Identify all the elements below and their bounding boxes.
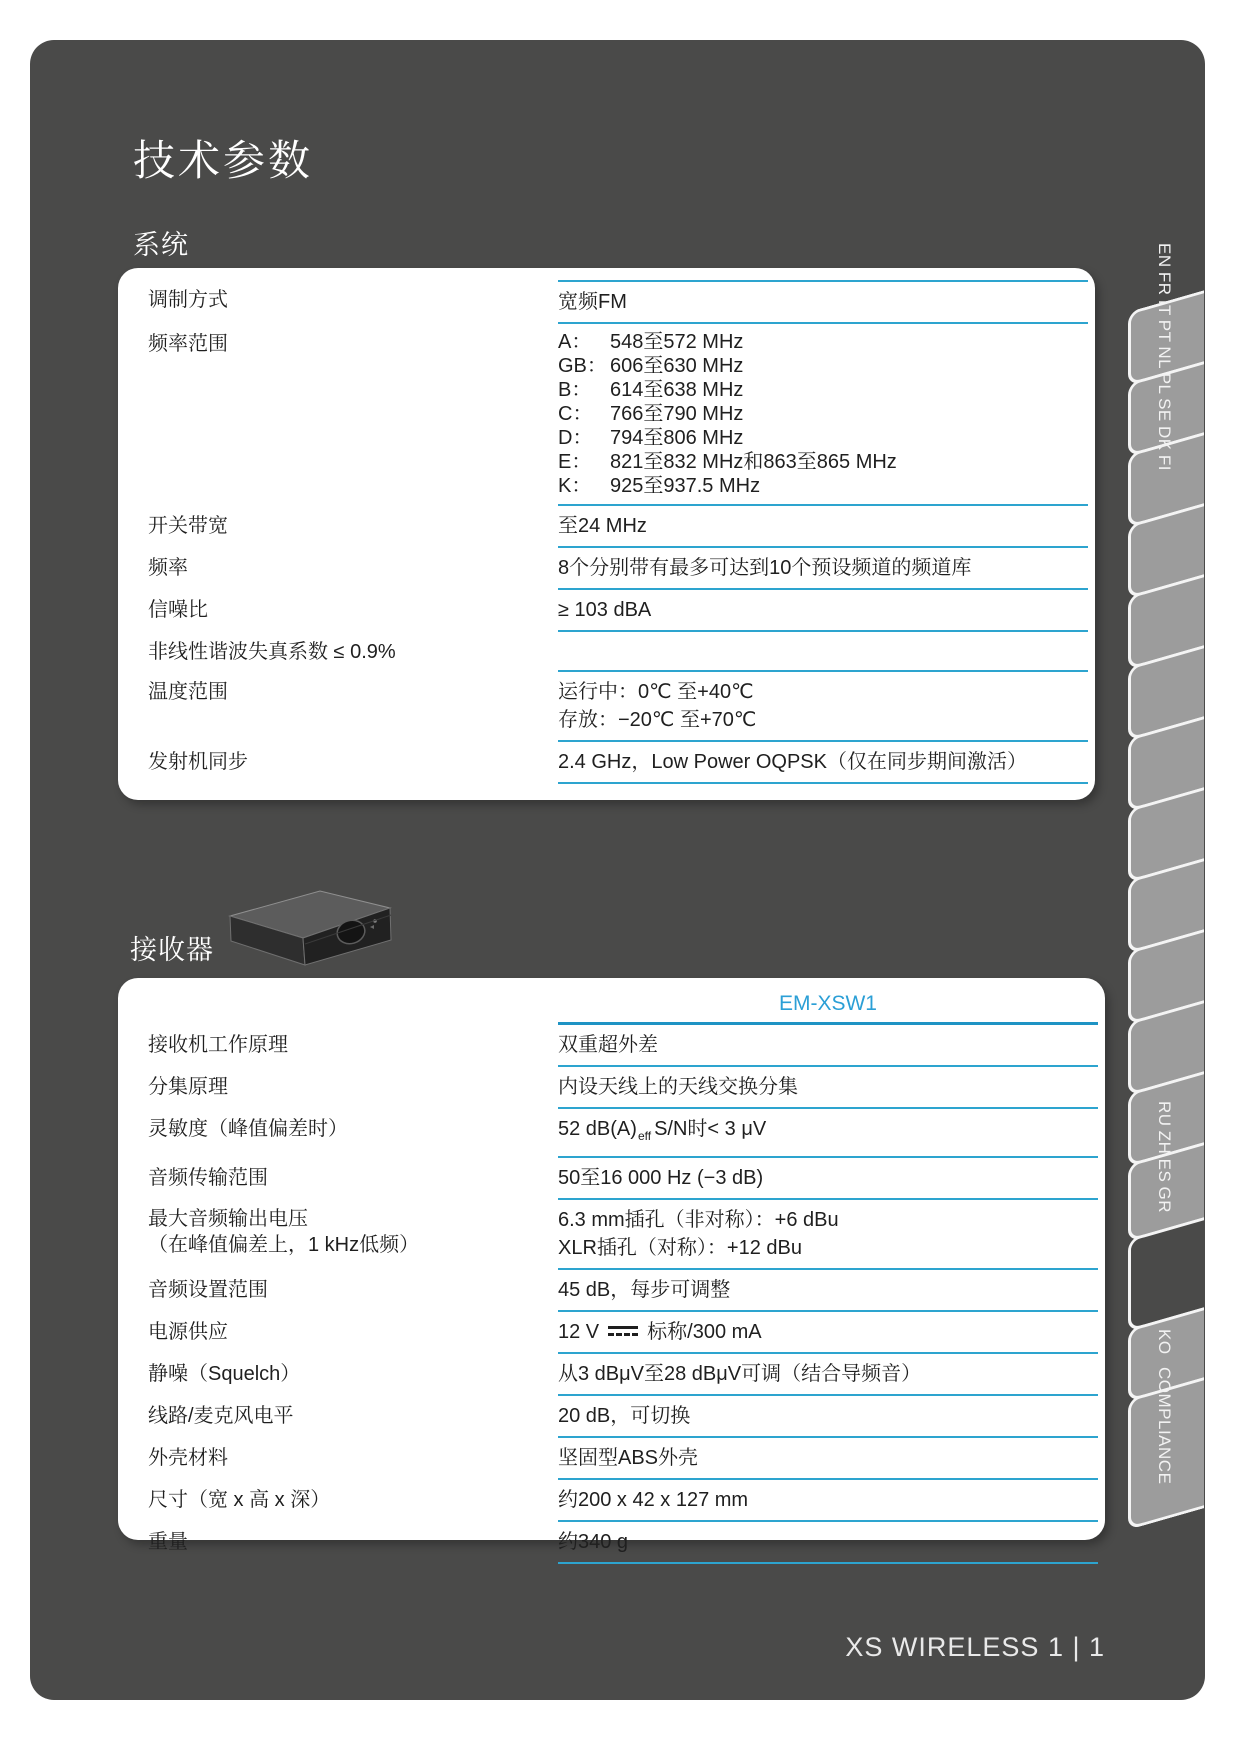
system-spec-table: 调制方式 宽频FM 频率范围 A： 548至572 MHz GB： 606至63… — [118, 268, 1095, 800]
spec-row-switching-bandwidth: 开关带宽 至24 MHz — [148, 506, 1088, 548]
value-line: 8个分别带有最多可达到10个预设频道的频道库 — [558, 554, 1088, 582]
spec-row-af-range: 音频传输范围 50至16 000 Hz (−3 dB) — [148, 1158, 1098, 1200]
spec-value — [558, 632, 1088, 672]
system-section-heading: 系统 — [133, 223, 189, 262]
spec-value: 宽频FM — [558, 280, 1088, 324]
spec-label: 音频设置范围 — [148, 1270, 558, 1312]
spec-value: 双重超外差 — [558, 1025, 1098, 1067]
spec-label: 尺寸（宽 x 高 x 深） — [148, 1480, 558, 1522]
frequency-range-line: A： 548至572 MHz — [558, 330, 1088, 354]
spec-label: 信噪比 — [148, 590, 558, 632]
spec-value: 从3 dBμV至28 dBμV可调（结合导频音） — [558, 1354, 1098, 1396]
page-canvas: 技术参数 系统 调制方式 宽频FM 频率范围 A： 548至572 MHz GB… — [0, 0, 1241, 1754]
footer-page-label: XS WIRELESS 1 | 1 — [845, 1632, 1105, 1663]
dc-symbol-icon — [608, 1326, 638, 1336]
band-range: 794至806 MHz — [610, 426, 743, 450]
power-prefix: 12 V — [558, 1321, 599, 1343]
band-code: GB： — [558, 354, 610, 378]
value-line: ≥ 103 dBA — [558, 596, 1088, 624]
spec-label: 电源供应 — [148, 1312, 558, 1354]
value-line: 2.4 GHz，Low Power OQPSK（仅在同步期间激活） — [558, 748, 1088, 776]
band-code: A： — [558, 330, 610, 354]
band-range: 606至630 MHz — [610, 354, 743, 378]
spec-value: 8个分别带有最多可达到10个预设频道的频道库 — [558, 548, 1088, 590]
spec-label: 灵敏度（峰值偏差时） — [148, 1109, 558, 1158]
frequency-range-line: D： 794至806 MHz — [558, 426, 1088, 450]
spec-row-temperature: 温度范围 运行中：0℃ 至+40℃存放：−20℃ 至+70℃ — [148, 672, 1088, 742]
model-header-row: EM-XSW1 — [148, 984, 1098, 1025]
spec-row-sensitivity: 灵敏度（峰值偏差时） 52 dB(A)effS/N时< 3 μV — [148, 1109, 1098, 1158]
value-line: 内设天线上的天线交换分集 — [558, 1073, 1098, 1101]
value-line: 双重超外差 — [558, 1031, 1098, 1059]
spec-value: 至24 MHz — [558, 506, 1088, 548]
value-line: 50至16 000 Hz (−3 dB) — [558, 1164, 1098, 1192]
spec-label: 最大音频输出电压 （在峰值偏差上，1 kHz低频） — [148, 1200, 558, 1270]
spec-label-line: （在峰值偏差上，1 kHz低频） — [148, 1232, 548, 1258]
band-code: D： — [558, 426, 610, 450]
spec-row-line-mic-level: 线路/麦克风电平 20 dB，可切换 — [148, 1396, 1098, 1438]
receiver-section-heading: 接收器 — [130, 928, 214, 967]
value-line: 约200 x 42 x 127 mm — [558, 1486, 1098, 1514]
tab-label-compliance: COMPLIANCE — [1148, 1370, 1180, 1482]
spec-value: 6.3 mm插孔（非对称）：+6 dBuXLR插孔（对称）：+12 dBu — [558, 1200, 1098, 1270]
spec-label-empty — [148, 984, 558, 1025]
frequency-range-line: K： 925至937.5 MHz — [558, 474, 1088, 498]
spec-label: 静噪（Squelch） — [148, 1354, 558, 1396]
spec-label: 外壳材料 — [148, 1438, 558, 1480]
language-group-label-2: RU ZH ES GR — [1148, 1103, 1180, 1211]
spec-row-audio-adjust: 音频设置范围 45 dB，每步可调整 — [148, 1270, 1098, 1312]
spec-value: 45 dB，每步可调整 — [558, 1270, 1098, 1312]
spec-label: 频率 — [148, 548, 558, 590]
value-line: 宽频FM — [558, 288, 1088, 316]
spec-row-tx-sync: 发射机同步 2.4 GHz，Low Power OQPSK（仅在同步期间激活） — [148, 742, 1088, 784]
language-group-label-1: EN FR IT PT NL PL SE DK FI — [1148, 247, 1180, 467]
value-line: XLR插孔（对称）：+12 dBu — [558, 1234, 1098, 1262]
spec-value-sensitivity: 52 dB(A)effS/N时< 3 μV — [558, 1109, 1098, 1158]
tab-label-ko: KO — [1148, 1312, 1180, 1372]
band-code: B： — [558, 378, 610, 402]
spec-row-frequency-range: 频率范围 A： 548至572 MHz GB： 606至630 MHz B： 6… — [148, 324, 1088, 506]
spec-label: 频率范围 — [148, 324, 558, 506]
value-line: 从3 dBμV至28 dBμV可调（结合导频音） — [558, 1360, 1098, 1388]
spec-value: 内设天线上的天线交换分集 — [558, 1067, 1098, 1109]
spec-label: 重量 — [148, 1522, 558, 1564]
spec-value: 50至16 000 Hz (−3 dB) — [558, 1158, 1098, 1200]
spec-row-dimensions: 尺寸（宽 x 高 x 深） 约200 x 42 x 127 mm — [148, 1480, 1098, 1522]
spec-value: ≥ 103 dBA — [558, 590, 1088, 632]
value-line: 20 dB，可切换 — [558, 1402, 1098, 1430]
spec-row-power-supply: 电源供应 12 V标称/300 mA — [148, 1312, 1098, 1354]
spec-label: 音频传输范围 — [148, 1158, 558, 1200]
spec-label: 非线性谐波失真系数 ≤ 0.9% — [148, 632, 558, 672]
spec-value: 20 dB，可切换 — [558, 1396, 1098, 1438]
value-line: 存放：−20℃ 至+70℃ — [558, 706, 1088, 734]
spec-label: 开关带宽 — [148, 506, 558, 548]
model-header: EM-XSW1 — [558, 984, 1098, 1025]
sensitivity-subscript: eff — [638, 1129, 651, 1143]
sensitivity-suffix: S/N时< 3 μV — [654, 1118, 766, 1140]
spec-value: 约200 x 42 x 127 mm — [558, 1480, 1098, 1522]
spec-row-diversity: 分集原理 内设天线上的天线交换分集 — [148, 1067, 1098, 1109]
value-line: 至24 MHz — [558, 512, 1088, 540]
spec-row-squelch: 静噪（Squelch） 从3 dBμV至28 dBμV可调（结合导频音） — [148, 1354, 1098, 1396]
page-title: 技术参数 — [133, 128, 313, 188]
power-suffix: 标称/300 mA — [647, 1321, 761, 1343]
band-range: 821至832 MHz和863至865 MHz — [610, 450, 897, 474]
frequency-range-line: GB： 606至630 MHz — [558, 354, 1088, 378]
band-range: 614至638 MHz — [610, 378, 743, 402]
spec-value: 坚固型ABS外壳 — [558, 1438, 1098, 1480]
value-line: 坚固型ABS外壳 — [558, 1444, 1098, 1472]
spec-label-line: 最大音频输出电压 — [148, 1206, 548, 1232]
receiver-product-image — [225, 888, 395, 968]
band-range: 925至937.5 MHz — [610, 474, 760, 498]
spec-value: 2.4 GHz，Low Power OQPSK（仅在同步期间激活） — [558, 742, 1088, 784]
band-code: E： — [558, 450, 610, 474]
spec-label: 发射机同步 — [148, 742, 558, 784]
value-line: 45 dB，每步可调整 — [558, 1276, 1098, 1304]
spec-row-max-output: 最大音频输出电压 （在峰值偏差上，1 kHz低频） 6.3 mm插孔（非对称）：… — [148, 1200, 1098, 1270]
spec-row-frequencies: 频率 8个分别带有最多可达到10个预设频道的频道库 — [148, 548, 1088, 590]
band-range: 548至572 MHz — [610, 330, 743, 354]
spec-label: 分集原理 — [148, 1067, 558, 1109]
document-page: 技术参数 系统 调制方式 宽频FM 频率范围 A： 548至572 MHz GB… — [30, 40, 1205, 1700]
value-line: 6.3 mm插孔（非对称）：+6 dBu — [558, 1206, 1098, 1234]
spec-value: 约340 g — [558, 1522, 1098, 1564]
spec-value: 运行中：0℃ 至+40℃存放：−20℃ 至+70℃ — [558, 672, 1088, 742]
receiver-spec-table: EM-XSW1 接收机工作原理 双重超外差 分集原理 内设天线上的天线交换分集 … — [118, 978, 1105, 1540]
spec-value-frequency-list: A： 548至572 MHz GB： 606至630 MHz B： 614至63… — [558, 324, 1088, 506]
spec-row-thd: 非线性谐波失真系数 ≤ 0.9% — [148, 632, 1088, 672]
spec-value-power: 12 V标称/300 mA — [558, 1312, 1098, 1354]
spec-label: 线路/麦克风电平 — [148, 1396, 558, 1438]
spec-row-modulation: 调制方式 宽频FM — [148, 280, 1088, 324]
spec-row-snr: 信噪比 ≥ 103 dBA — [148, 590, 1088, 632]
value-line: 运行中：0℃ 至+40℃ — [558, 678, 1088, 706]
spec-label: 调制方式 — [148, 280, 558, 324]
band-code: C： — [558, 402, 610, 426]
spec-label: 温度范围 — [148, 672, 558, 742]
frequency-range-line: B： 614至638 MHz — [558, 378, 1088, 402]
sensitivity-prefix: 52 dB(A) — [558, 1118, 637, 1140]
band-range: 766至790 MHz — [610, 402, 743, 426]
value-line: 约340 g — [558, 1528, 1098, 1556]
spec-row-receiver-principle: 接收机工作原理 双重超外差 — [148, 1025, 1098, 1067]
spec-row-weight: 重量 约340 g — [148, 1522, 1098, 1564]
spec-label: 接收机工作原理 — [148, 1025, 558, 1067]
frequency-range-line: C： 766至790 MHz — [558, 402, 1088, 426]
spec-row-housing: 外壳材料 坚固型ABS外壳 — [148, 1438, 1098, 1480]
band-code: K： — [558, 474, 610, 498]
frequency-range-line: E： 821至832 MHz和863至865 MHz — [558, 450, 1088, 474]
